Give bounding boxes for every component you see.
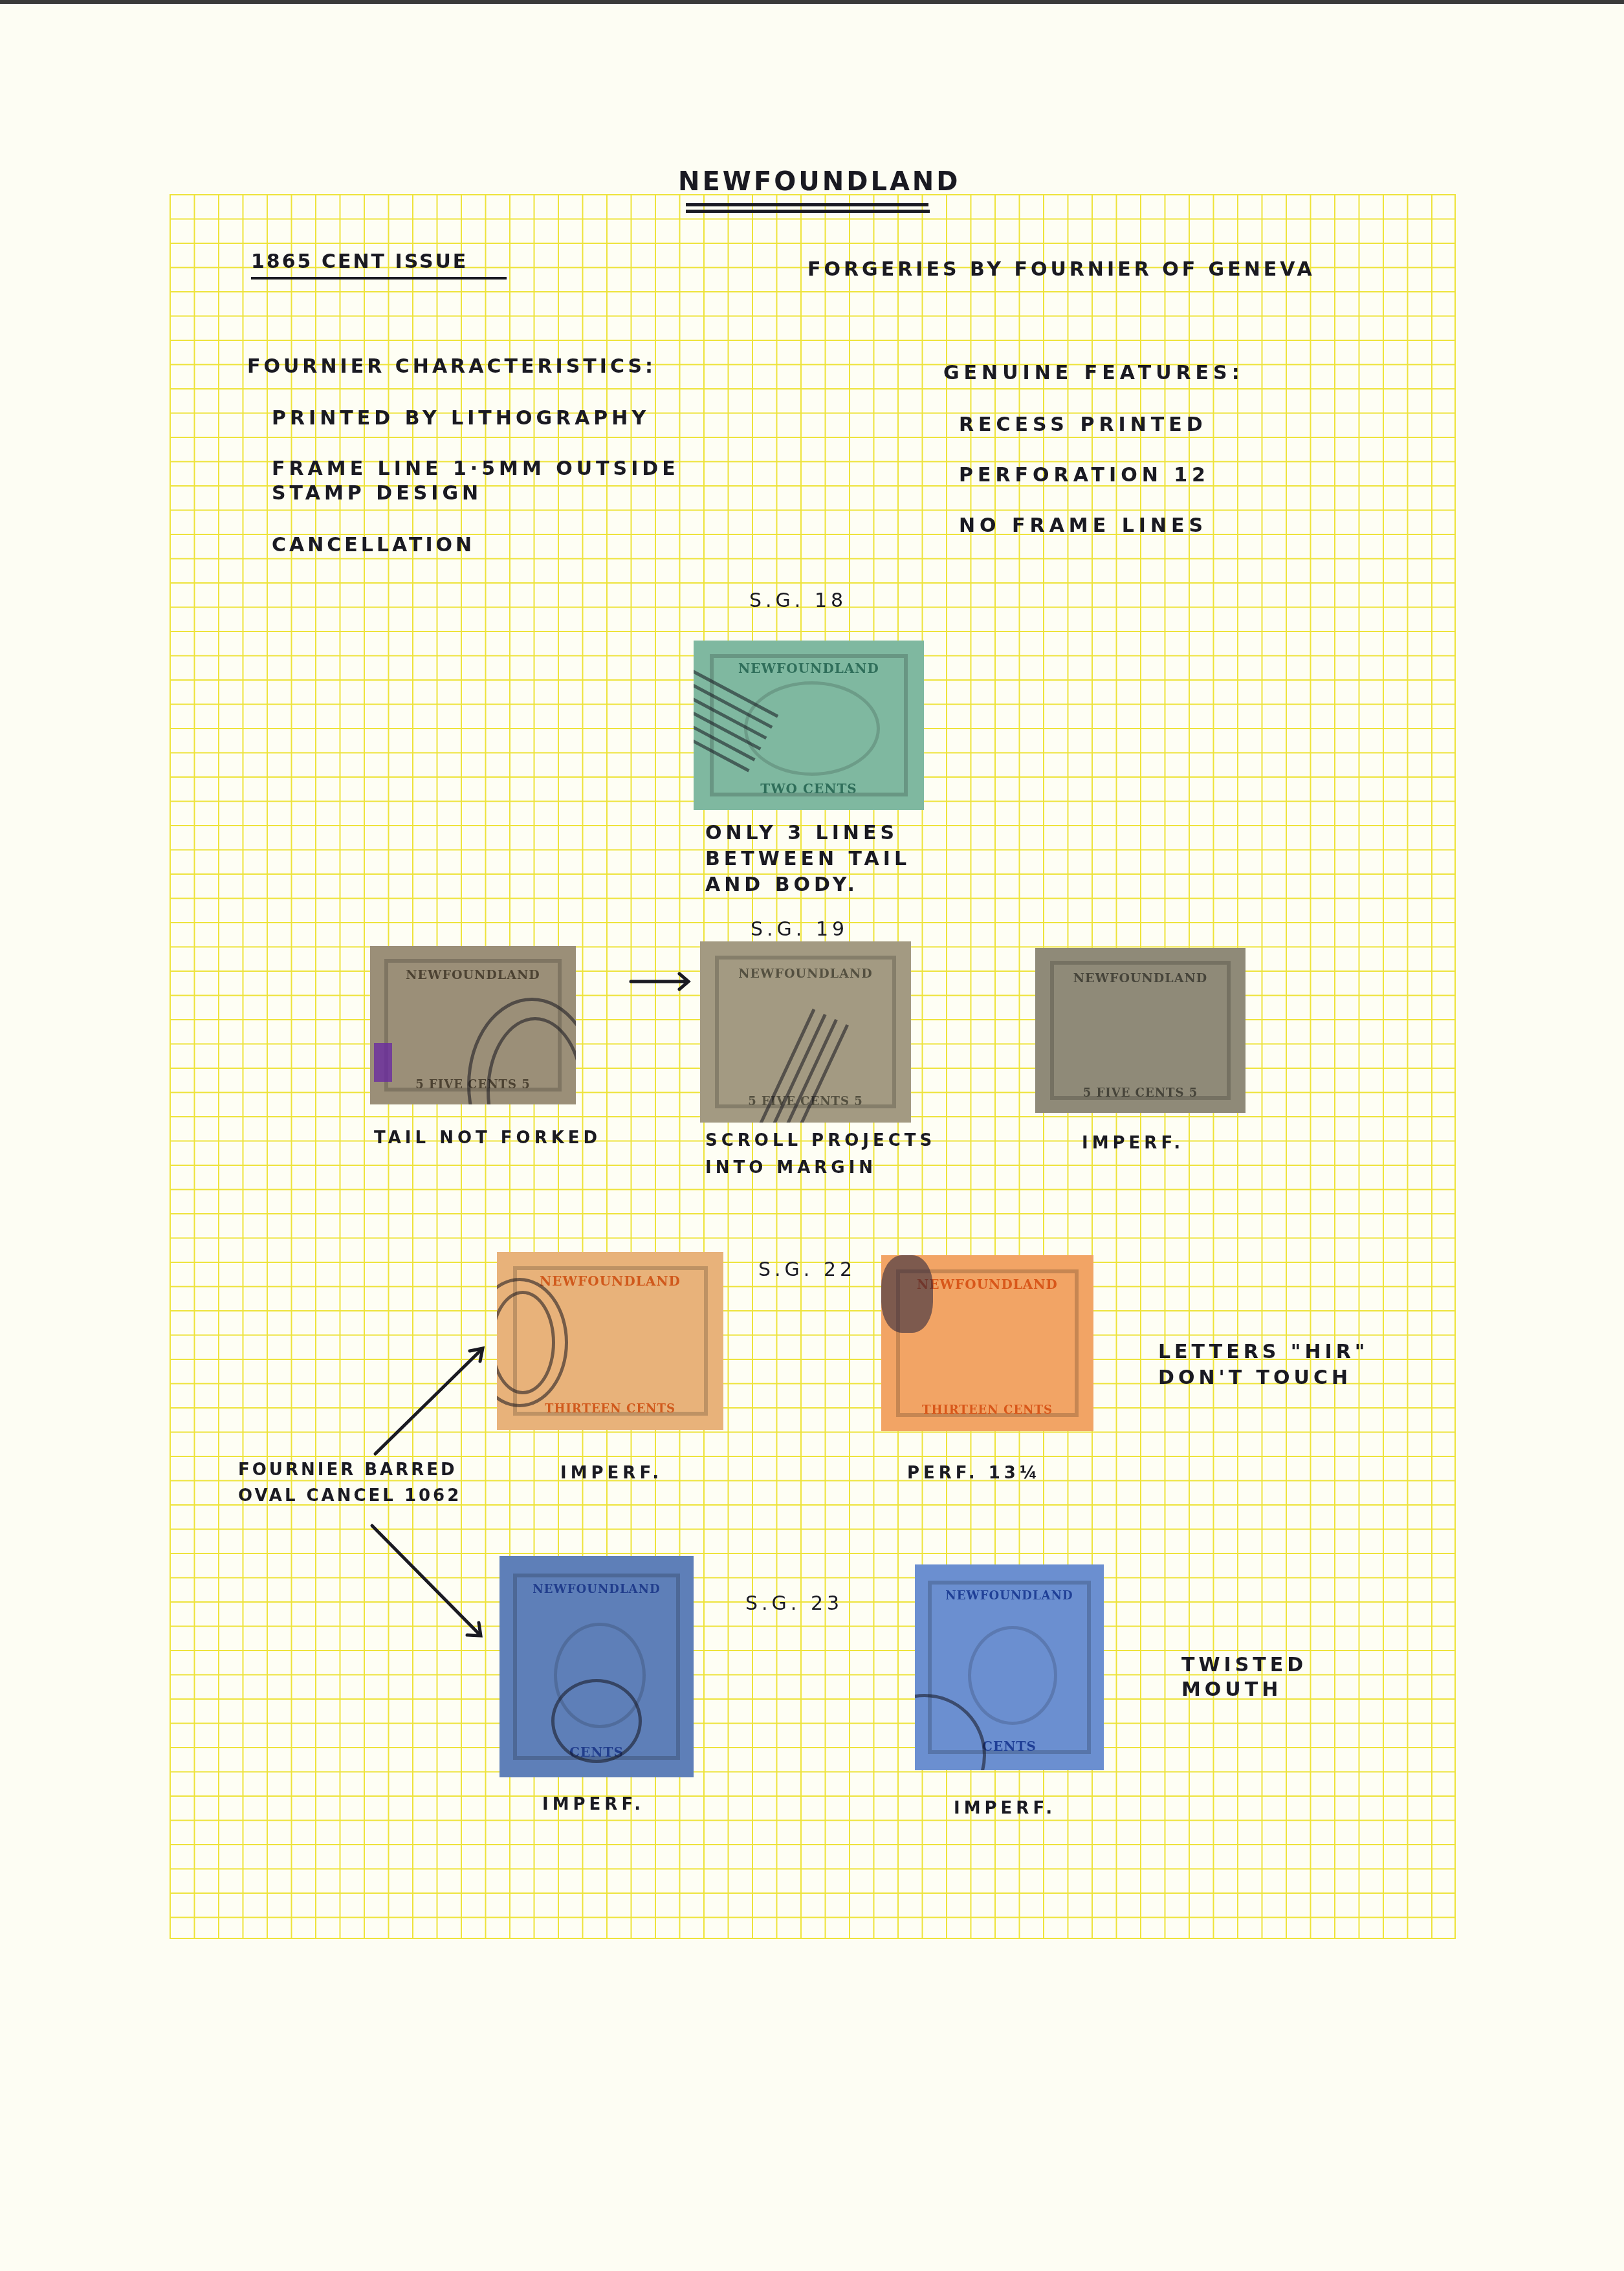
stamp-sg19-forgery-tail[interactable]: NEWFOUNDLAND 5 FIVE CENTS 5 xyxy=(370,946,576,1104)
stamp-sg23-forgery[interactable]: NEWFOUNDLAND CENTS xyxy=(499,1556,694,1777)
caption-perf-13-quarter: PERF. 13¼ xyxy=(907,1461,1041,1486)
caption-imperf-24c-right: IMPERF. xyxy=(954,1796,1056,1821)
sg19-label: S.G. 19 xyxy=(751,917,848,942)
stamp-country: NEWFOUNDLAND xyxy=(915,1589,1104,1603)
stamp-country: NEWFOUNDLAND xyxy=(694,661,924,676)
genuine-heading: GENUINE FEATURES: xyxy=(943,361,1244,386)
stamp-sg22-imperf-forgery[interactable]: NEWFOUNDLAND THIRTEEN CENTS xyxy=(497,1252,723,1430)
scan-edge-strip xyxy=(0,0,1624,4)
stamp-value: 5 FIVE CENTS 5 xyxy=(1035,1086,1245,1100)
cancel-rings xyxy=(551,1679,642,1763)
violet-ink-mark xyxy=(374,1043,392,1082)
genuine-item-1: RECESS PRINTED xyxy=(959,413,1207,437)
sg23-label: S.G. 23 xyxy=(745,1592,843,1616)
fournier-item-1: PRINTED BY LITHOGRAPHY xyxy=(272,406,650,431)
caption-imperf-5c: IMPERF. xyxy=(1082,1131,1184,1156)
stamp-country: NEWFOUNDLAND xyxy=(370,968,576,982)
stamp-country: NEWFOUNDLAND xyxy=(499,1583,694,1596)
page-title: NEWFOUNDLAND xyxy=(678,170,961,194)
caption-scroll-projects: SCROLL PROJECTS INTO MARGIN xyxy=(705,1127,936,1181)
caption-imperf-13c: IMPERF. xyxy=(560,1461,663,1486)
stamp-sg19-forgery-scroll[interactable]: NEWFOUNDLAND 5 FIVE CENTS 5 xyxy=(700,941,911,1123)
stamp-sg19-imperf[interactable]: NEWFOUNDLAND 5 FIVE CENTS 5 xyxy=(1035,948,1245,1113)
stamp-sg18-two-cents[interactable]: NEWFOUNDLAND TWO CENTS xyxy=(694,641,924,810)
forgeries-subtitle: FORGERIES BY FOURNIER OF GENEVA xyxy=(807,258,1315,282)
stamp-country: NEWFOUNDLAND xyxy=(1035,971,1245,985)
genuine-item-2: PERFORATION 12 xyxy=(959,463,1210,488)
stamp-portrait-queen xyxy=(968,1626,1057,1725)
stamp-value: THIRTEEN CENTS xyxy=(881,1403,1093,1417)
sg22-label: S.G. 22 xyxy=(758,1258,856,1282)
stamp-sg23-genuine[interactable]: NEWFOUNDLAND CENTS xyxy=(915,1564,1104,1770)
sg18-label: S.G. 18 xyxy=(749,589,847,613)
title-underline-2 xyxy=(686,210,930,213)
fournier-item-3: CANCELLATION xyxy=(272,533,475,558)
cancel-note: FOURNIER BARRED OVAL CANCEL 1062 xyxy=(238,1457,461,1509)
fournier-item-2: FRAME LINE 1·5MM OUTSIDE STAMP DESIGN xyxy=(272,457,679,506)
sg22-note: LETTERS "HIR" DON'T TOUCH xyxy=(1158,1339,1369,1391)
sg18-note: ONLY 3 LINES BETWEEN TAIL AND BODY. xyxy=(705,820,910,898)
genuine-item-3: NO FRAME LINES xyxy=(959,514,1207,538)
caption-imperf-24c-left: IMPERF. xyxy=(542,1792,644,1817)
title-underline-1 xyxy=(686,203,928,206)
cancel-smudge xyxy=(881,1255,933,1333)
fournier-heading: FOURNIER CHARACTERISTICS: xyxy=(247,355,656,379)
stamp-country: NEWFOUNDLAND xyxy=(700,967,911,981)
sg23-note: TWISTED MOUTH xyxy=(1181,1653,1307,1702)
issue-heading: 1865 CENT ISSUE xyxy=(251,250,468,274)
caption-tail-not-forked: TAIL NOT FORKED xyxy=(374,1126,601,1150)
stamp-value: TWO CENTS xyxy=(694,781,924,796)
issue-underline xyxy=(251,277,507,280)
stamp-sg22-perf[interactable]: NEWFOUNDLAND THIRTEEN CENTS xyxy=(881,1255,1093,1431)
